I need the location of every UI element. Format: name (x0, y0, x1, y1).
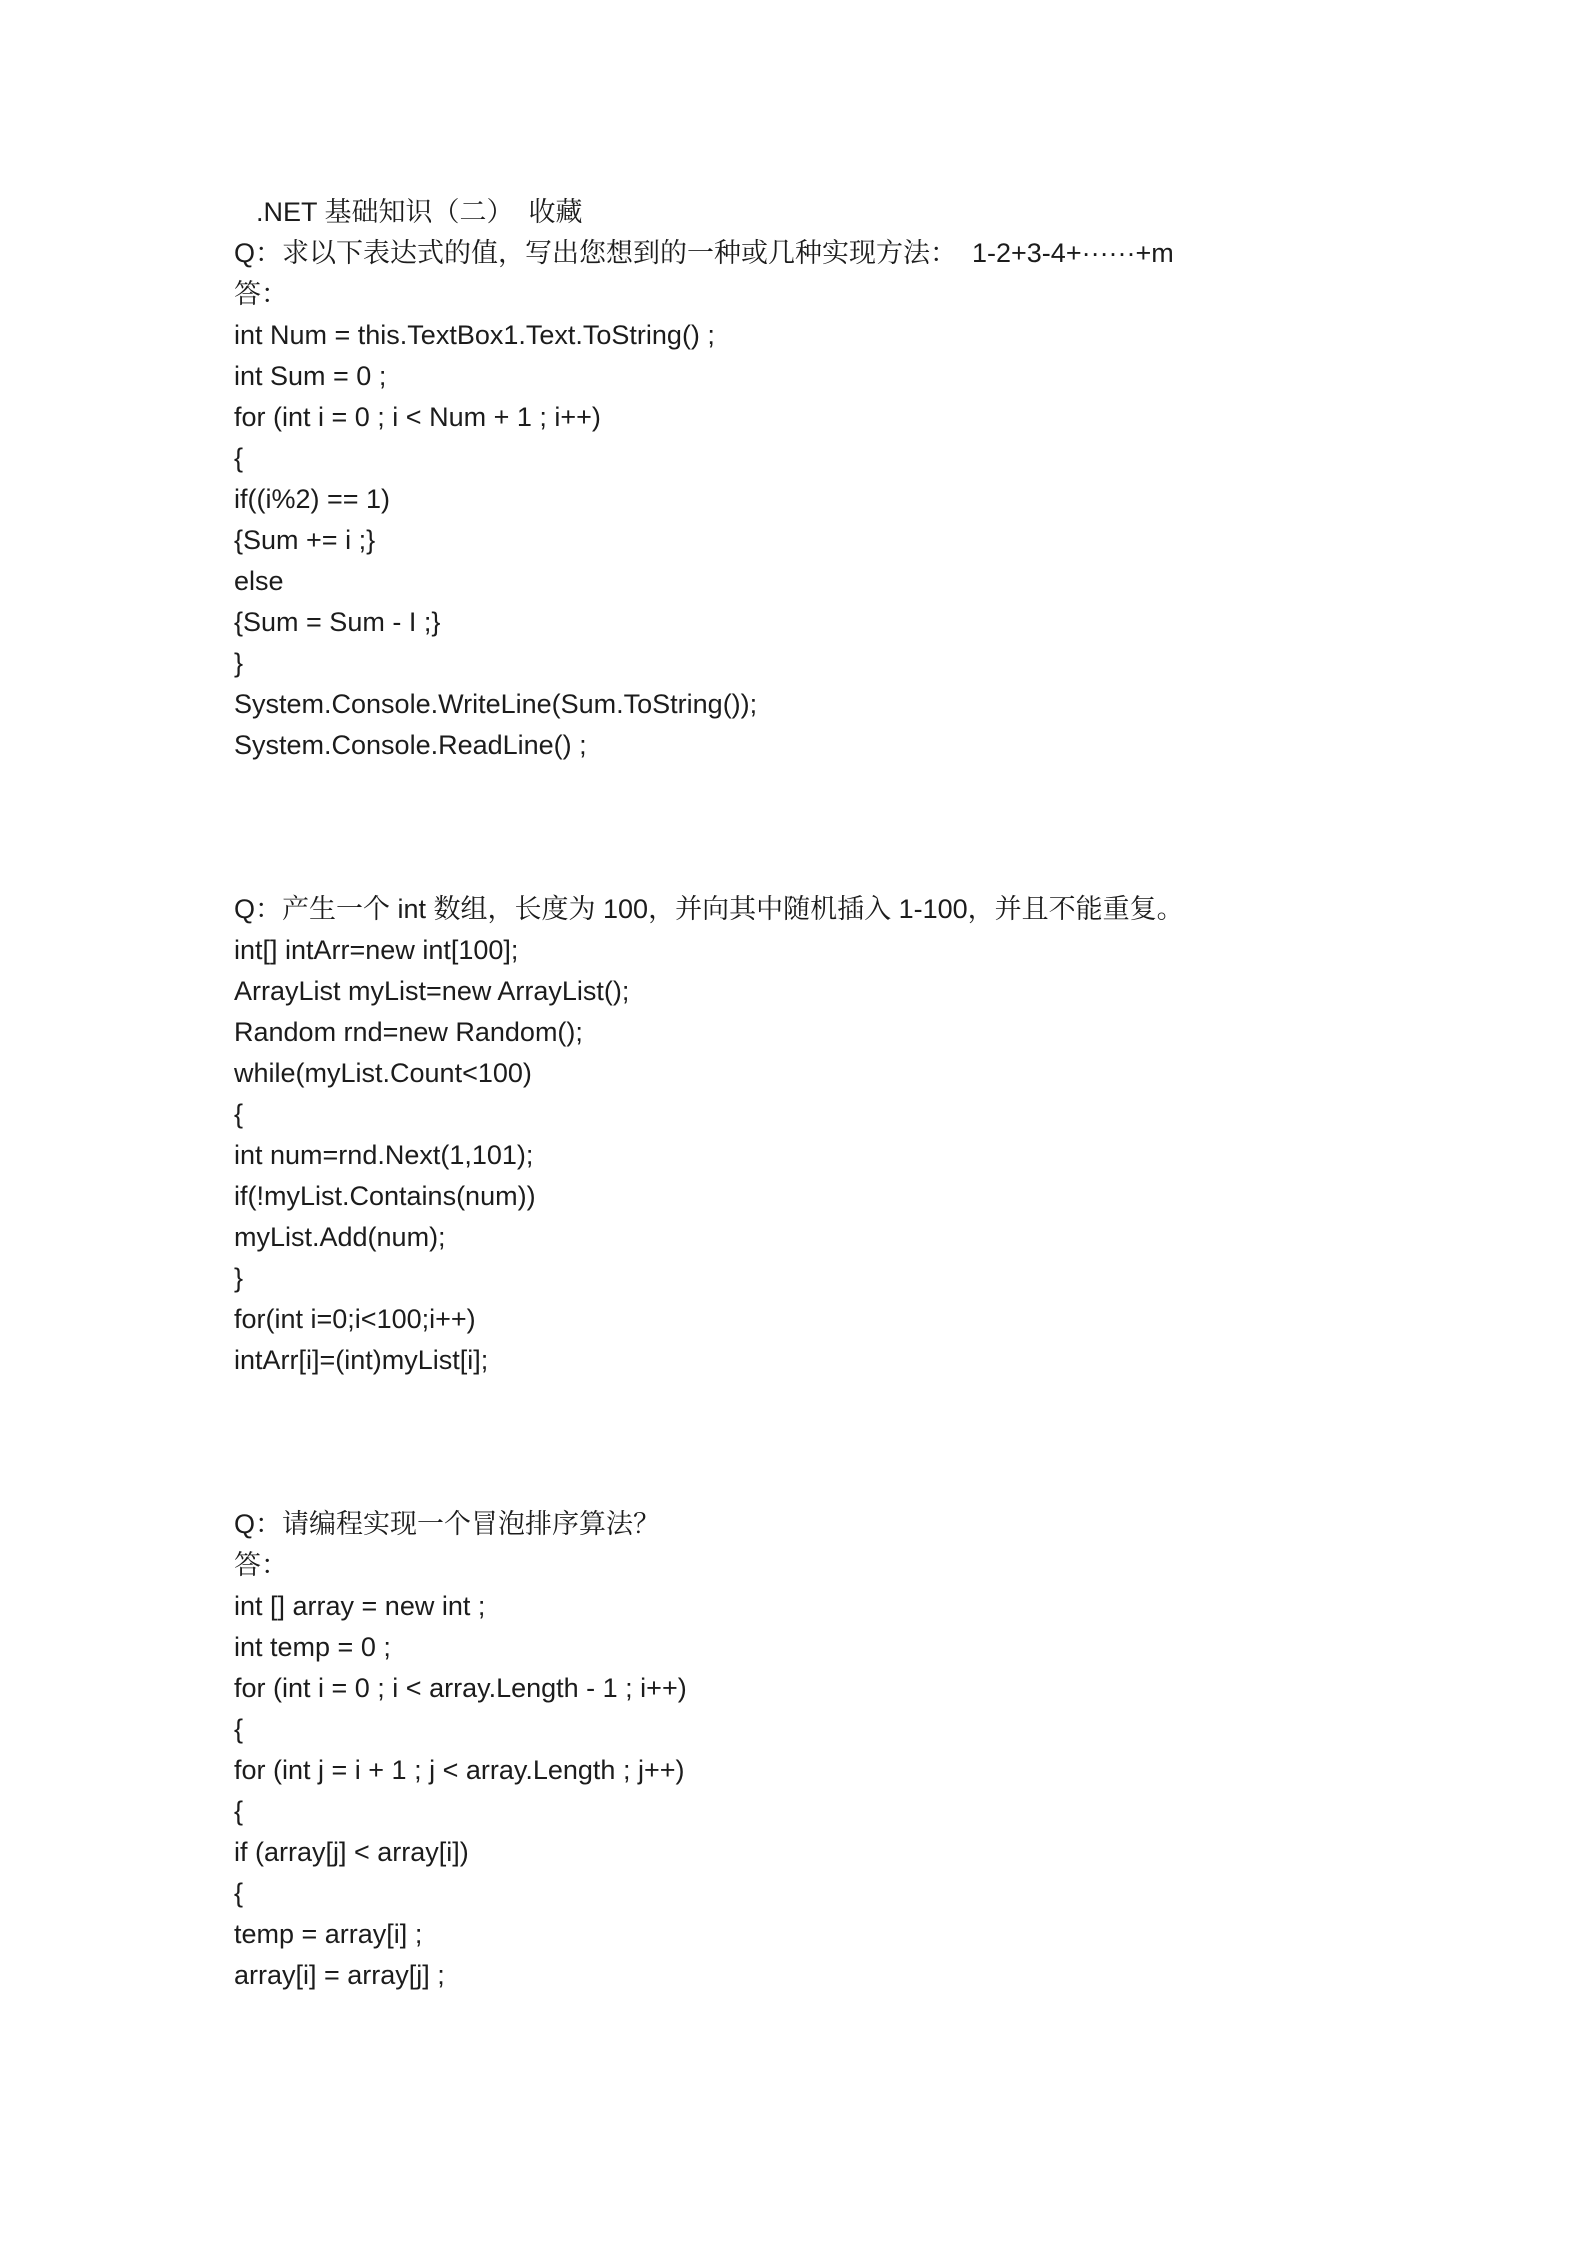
code-line: { (234, 1094, 1497, 1135)
blank-line (234, 1422, 1497, 1463)
code-line: if((i%2) == 1) (234, 479, 1497, 520)
code-line: ArrayList myList=new ArrayList(); (234, 971, 1497, 1012)
code-line: { (234, 1709, 1497, 1750)
code-line: {Sum = Sum - I ;} (234, 602, 1497, 643)
code-line: int Sum = 0 ; (234, 356, 1497, 397)
code-line: if (array[j] < array[i]) (234, 1832, 1497, 1873)
code-line: {Sum += i ;} (234, 520, 1497, 561)
document-page: .NET 基础知识（二） 收藏Q：求以下表达式的值，写出您想到的一种或几种实现方… (0, 0, 1587, 2245)
code-line: while(myList.Count<100) (234, 1053, 1497, 1094)
code-line: array[i] = array[j] ; (234, 1955, 1497, 1996)
code-line: for (int i = 0 ; i < Num + 1 ; i++) (234, 397, 1497, 438)
code-line: System.Console.ReadLine() ; (234, 725, 1497, 766)
code-line: int [] array = new int ; (234, 1586, 1497, 1627)
blank-line (234, 807, 1497, 848)
answer-label: 答： (234, 1545, 1497, 1586)
code-line: { (234, 438, 1497, 479)
document-title: .NET 基础知识（二） 收藏 (234, 192, 1497, 233)
code-line: temp = array[i] ; (234, 1914, 1497, 1955)
code-line: Random rnd=new Random(); (234, 1012, 1497, 1053)
code-line: System.Console.WriteLine(Sum.ToString())… (234, 684, 1497, 725)
answer-label: 答： (234, 274, 1497, 315)
blank-line (234, 766, 1497, 807)
code-line: int temp = 0 ; (234, 1627, 1497, 1668)
code-line: int[] intArr=new int[100]; (234, 930, 1497, 971)
blank-line (234, 1381, 1497, 1422)
code-line: for (int i = 0 ; i < array.Length - 1 ; … (234, 1668, 1497, 1709)
code-line: for (int j = i + 1 ; j < array.Length ; … (234, 1750, 1497, 1791)
code-line: else (234, 561, 1497, 602)
question-line: Q：产生一个 int 数组，长度为 100，并向其中随机插入 1-100，并且不… (234, 889, 1497, 930)
code-line: myList.Add(num); (234, 1217, 1497, 1258)
question-line: Q：求以下表达式的值，写出您想到的一种或几种实现方法： 1-2+3-4+····… (234, 233, 1497, 274)
code-line: int Num = this.TextBox1.Text.ToString() … (234, 315, 1497, 356)
code-line: intArr[i]=(int)myList[i]; (234, 1340, 1497, 1381)
blank-line (234, 848, 1497, 889)
code-line: int num=rnd.Next(1,101); (234, 1135, 1497, 1176)
code-line: if(!myList.Contains(num)) (234, 1176, 1497, 1217)
blank-line (234, 1463, 1497, 1504)
code-line: } (234, 1258, 1497, 1299)
code-line: for(int i=0;i<100;i++) (234, 1299, 1497, 1340)
question-line: Q：请编程实现一个冒泡排序算法？ (234, 1504, 1497, 1545)
code-line: { (234, 1873, 1497, 1914)
document-content: .NET 基础知识（二） 收藏Q：求以下表达式的值，写出您想到的一种或几种实现方… (234, 192, 1497, 1996)
code-line: } (234, 643, 1497, 684)
code-line: { (234, 1791, 1497, 1832)
